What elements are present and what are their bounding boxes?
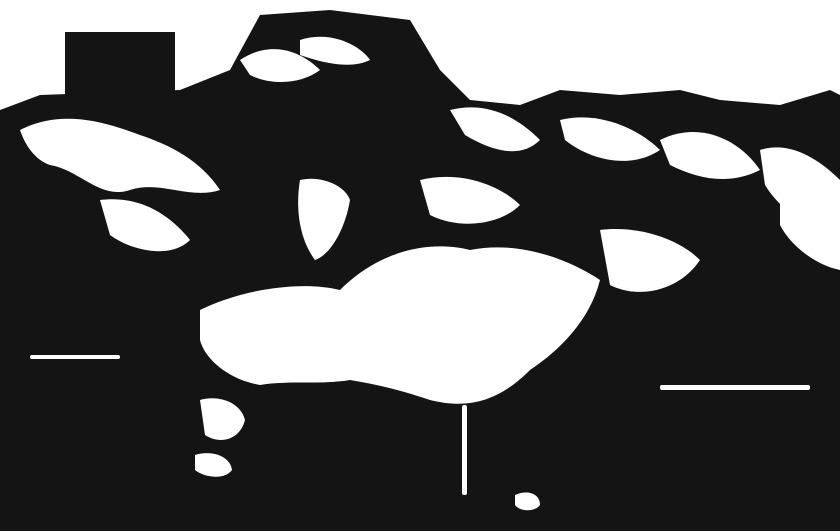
woodcut-artwork	[0, 0, 840, 531]
